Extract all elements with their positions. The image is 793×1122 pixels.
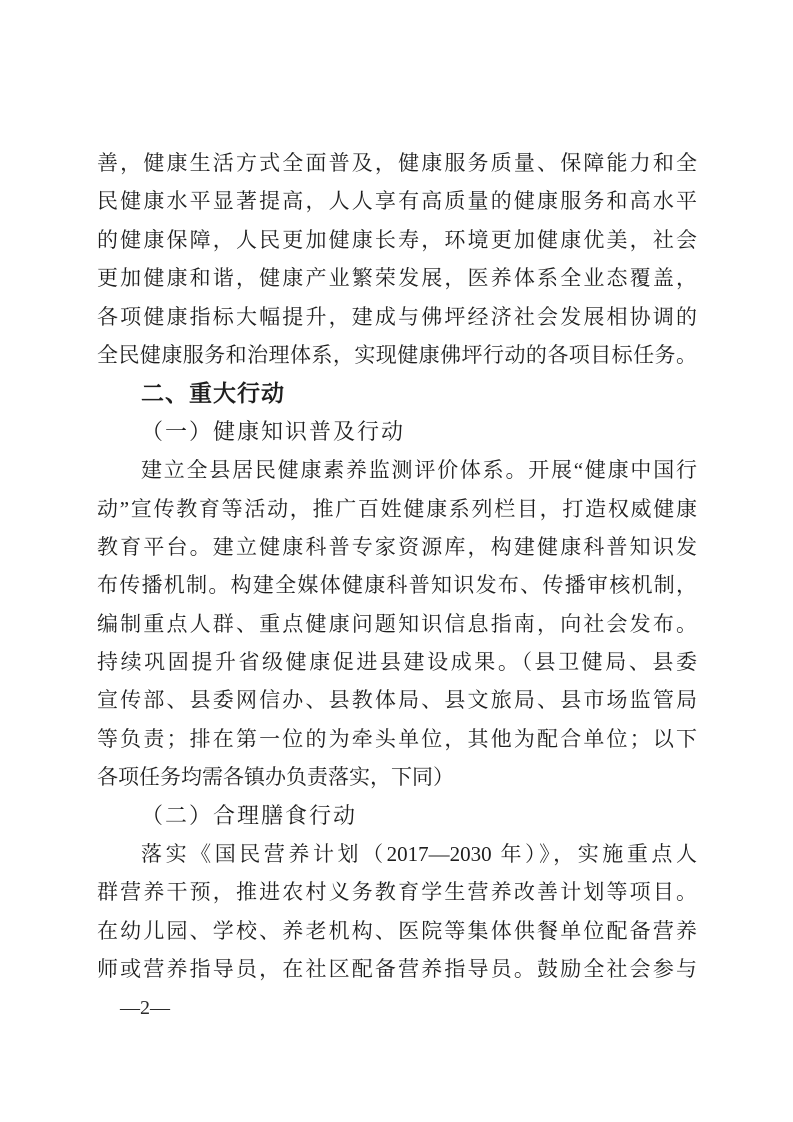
text-line: 的健康保障，人民更加健康长寿，环境更加健康优美，社会 — [97, 221, 697, 259]
document-body: 善，健康生活方式全面普及，健康服务质量、保障能力和全 民健康水平显著提高，人人享… — [97, 144, 697, 989]
text-line: 更加健康和谐，健康产业繁荣发展，医养体系全业态覆盖， — [97, 259, 697, 297]
subsection-2-heading: （二）合理膳食行动 — [97, 797, 697, 835]
text-line: 动”宣传教育等活动，推广百姓健康系列栏目，打造权威健康 — [97, 490, 697, 528]
section-heading: 二、重大行动 — [97, 374, 697, 412]
text-line: 善，健康生活方式全面普及，健康服务质量、保障能力和全 — [97, 144, 697, 182]
text-line: 师或营养指导员，在社区配备营养指导员。鼓励全社会参与 — [97, 950, 697, 988]
text-line: 布传播机制。构建全媒体健康科普知识发布、传播审核机制， — [97, 566, 697, 604]
subsection-1-heading: （一）健康知识普及行动 — [97, 413, 697, 451]
page-number: —2— — [120, 995, 170, 1021]
text-line: 群营养干预，推进农村义务教育学生营养改善计划等项目。 — [97, 873, 697, 911]
text-line: 等负责；排在第一位的为牵头单位，其他为配合单位；以下 — [97, 720, 697, 758]
document-page: 善，健康生活方式全面普及，健康服务质量、保障能力和全 民健康水平显著提高，人人享… — [0, 0, 793, 1122]
text-line: 各项健康指标大幅提升，建成与佛坪经济社会发展相协调的 — [97, 298, 697, 336]
text-line: 民健康水平显著提高，人人享有高质量的健康服务和高水平 — [97, 182, 697, 220]
text-line: 在幼儿园、学校、养老机构、医院等集体供餐单位配备营养 — [97, 912, 697, 950]
text-line: 各项任务均需各镇办负责落实，下同） — [97, 758, 697, 796]
text-line: 全民健康服务和治理体系，实现健康佛坪行动的各项目标任务。 — [97, 336, 697, 374]
text-line: 教育平台。建立健康科普专家资源库，构建健康科普知识发 — [97, 528, 697, 566]
text-line: 建立全县居民健康素养监测评价体系。开展“健康中国行 — [97, 451, 697, 489]
text-line: 持续巩固提升省级健康促进县建设成果。（县卫健局、县委 — [97, 643, 697, 681]
text-line: 编制重点人群、重点健康问题知识信息指南，向社会发布。 — [97, 605, 697, 643]
text-line: 宣传部、县委网信办、县教体局、县文旅局、县市场监管局 — [97, 681, 697, 719]
text-line: 落实《国民营养计划（2017—2030 年）》，实施重点人 — [97, 835, 697, 873]
